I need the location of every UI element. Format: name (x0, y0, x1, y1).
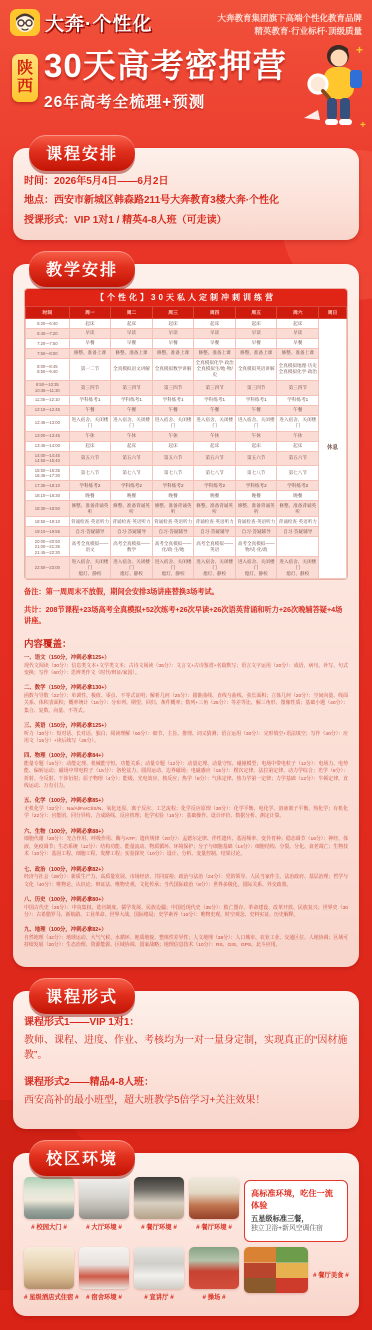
schedule-time-cell: 18:50—19:10 (26, 517, 70, 527)
campus-photo: # 宿舍环境 # (79, 1247, 129, 1301)
schedule-row: 7:20—7:50早餐早餐早餐早餐早餐早餐 (26, 338, 347, 348)
schedule-table-title: 【个性化】30天私人定制冲刺训练营 (25, 289, 347, 306)
header-slogans: 大奔教育集团旗下高端个性化教育品牌 精英教育·行业标杆·顶级质量 (217, 9, 362, 38)
schedule-row: 15:50—16:35 16:45—17:30第七八节第七八节第七八节第七八节第… (26, 466, 347, 481)
schedule-cell: 修整、准备上课 (194, 348, 236, 358)
schedule-cell: 进入宿舍、关闭楼门 熄灯、静校 (194, 557, 236, 579)
schedule-cell: 第五六节 (69, 451, 111, 466)
schedule-cell: 起床 (69, 319, 111, 329)
schedule-cell: 进入宿舍、关闭楼门 (111, 415, 153, 431)
schedule-cell: 进入宿舍、关闭楼门 (69, 415, 111, 431)
schedule-cell: 起床 (235, 319, 277, 329)
main-title: 30天高考密押营 (44, 48, 287, 84)
schedule-time-cell: 7:50—8:00 (26, 348, 70, 358)
subject-coverage-list: 一、语文（150分，冲刺必拿125+）现代文阅读（30分）：信息类文本+文学类文… (24, 654, 348, 950)
schedule-cell: 进入宿舍、关闭楼门 熄灯、静校 (69, 557, 111, 579)
schedule-column-header: 周一 (69, 307, 111, 319)
footer-spacer (0, 1316, 372, 1330)
schedule-time-cell: 12:45—13:00 (26, 415, 70, 431)
schedule-cell: 修整、准备背诵英听 (152, 501, 194, 517)
campus-photo: # 校园大门 # (24, 1177, 74, 1231)
schedule-cell: 起床 (277, 319, 319, 329)
schedule-cell: 第五六节 (152, 451, 194, 466)
photo-image (24, 1247, 74, 1289)
course-location: 地点：西安市新城区韩森路211号大奔教育3楼大奔·个性化 (24, 191, 348, 211)
promo-poster: 大奔·个性化 大奔教育集团旗下高端个性化教育品牌 精英教育·行业标杆·顶级质量 … (0, 0, 372, 1330)
schedule-cell: 第五六节 (194, 451, 236, 466)
hero-text: 30天高考密押营 26年高考全梳理+预测 (44, 48, 287, 112)
subject-title: 二、数学（150分，冲刺必拿130+） (24, 684, 348, 693)
schedule-time-cell: 9:50—10:35 10:45—11:30 (26, 380, 70, 395)
schedule-cell: 起床 (152, 441, 194, 451)
schedule-cell: 晚餐 (194, 491, 236, 501)
schedule-cell: 早读 (194, 328, 236, 338)
course-time: 时间：2026年5月4日——6月2日 (24, 172, 348, 192)
schedule-cell: 修整、准备背诵英听 (277, 501, 319, 517)
schedule-cell: 背诵检查·英语听力 (235, 517, 277, 527)
schedule-cell: 第七八节 (152, 466, 194, 481)
student-illustration: + + (294, 40, 370, 132)
subject-title: 三、英语（150分，冲刺必拿125+） (24, 722, 348, 731)
schedule-column-header: 时间 (26, 307, 70, 319)
schedule-cell: 高考全真模拟—— 英语 (194, 537, 236, 557)
info-line1: 高标准环境，吃住一流体验 (251, 1188, 341, 1213)
campus-photo-row-2: # 星级酒店式住宿 ## 宿舍环境 ## 宣讲厅 ## 操场 # # 餐厅美食 … (24, 1247, 348, 1301)
campus-photo (244, 1247, 308, 1293)
subject-detail: 细胞代谢（28分）：光合作用、呼吸作用、酶与ATP；遗传规律（20分）：孟德尔定… (24, 836, 348, 858)
schedule-cell: 学科练考1 (69, 395, 111, 405)
schedule-cell: 修整、准备背诵英听 (194, 501, 236, 517)
schedule-cell: 早读 (111, 328, 153, 338)
teaching-plan-card: 教学安排 【个性化】30天私人定制冲刺训练营 时间周一周二周三周四周五周六周日6… (13, 264, 359, 967)
schedule-time-cell: 13:00—13:45 (26, 431, 70, 441)
photo-canteen-food (244, 1247, 308, 1293)
photo-caption: # 餐厅环境 # (134, 1222, 184, 1231)
schedule-row: 17:35—18:10学科练考2学科练考2学科练考2学科练考2学科练考2学科练考… (26, 481, 347, 491)
photo-caption: # 宿舍环境 # (79, 1292, 129, 1301)
campus-environment-card: 校区环境 # 校园大门 ## 大厅环境 ## 餐厅环境 ## 餐厅环境 # 高标… (13, 1153, 359, 1316)
schedule-cell: 学科练考1 (235, 395, 277, 405)
subject-item: 七、政治（100分，冲刺必拿82+）经济与社会（28分）：新质生产力、高质量发展… (24, 866, 348, 889)
schedule-cell: 早餐 (194, 338, 236, 348)
schedule-cell: 早读 (235, 328, 277, 338)
schedule-cell: 起床 (111, 319, 153, 329)
schedule-row: 19:10—19:55自习·答疑辅导自习·答疑辅导自习·答疑辅导自习·答疑辅导自… (26, 527, 347, 537)
photo-image (79, 1247, 129, 1289)
subject-item: 五、化学（100分，冲刺必拿85+）无机化学（32分）：Na/Al/Fe/Cl/… (24, 797, 348, 820)
subject-detail: 函数与导数（22分）：单调性、极值、零点、不等式证明；解析几何（25分）：圆锥曲… (24, 693, 348, 715)
subject-item: 六、生物（100分，冲刺必拿88+）细胞代谢（28分）：光合作用、呼吸作用、酶与… (24, 828, 348, 859)
coverage-title: 内容覆盖： (24, 636, 348, 650)
schedule-cell: 第七八节 (194, 466, 236, 481)
schedule-cell: 早餐 (69, 338, 111, 348)
brand-name: 大奔·个性化 (45, 9, 152, 36)
schedule-cell: 自习·答疑辅导 (194, 527, 236, 537)
schedule-cell: 背诵检查·英语听力 (69, 517, 111, 527)
schedule-row: 12:45—13:00进入宿舍、关闭楼门进入宿舍、关闭楼门进入宿舍、关闭楼门进入… (26, 415, 347, 431)
schedule-cell: 自习·答疑辅导 (277, 527, 319, 537)
schedule-cell: 全真模拟英语讲解 (235, 358, 277, 380)
schedule-cell: 起床 (235, 441, 277, 451)
schedule-cell: 早餐 (277, 338, 319, 348)
schedule-time-cell: 14:00—14:45 14:50—15:40 (26, 451, 70, 466)
schedule-cell: 第五六节 (277, 451, 319, 466)
photo-image (189, 1247, 239, 1289)
schedule-time-cell: 22:50—23:00 (26, 557, 70, 579)
schedule-time-cell: 7:20—7:50 (26, 338, 70, 348)
schedule-cell: 学科练考2 (111, 481, 153, 491)
schedule-cell: 学科练考1 (277, 395, 319, 405)
schedule-cell: 午餐 (111, 405, 153, 415)
photo-caption: # 大厅环境 # (79, 1222, 129, 1231)
region-badge: 陕西 (12, 54, 38, 103)
schedule-cell: 午休 (111, 431, 153, 441)
header: 大奔·个性化 大奔教育集团旗下高端个性化教育品牌 精英教育·行业标杆·顶级质量 (0, 0, 372, 38)
schedule-cell: 自习·答疑辅导 (111, 527, 153, 537)
schedule-column-header: 周四 (194, 307, 236, 319)
schedule-row: 6:40—7:20早读早读早读早读早读早读 (26, 328, 347, 338)
course-card-label: 课程安排 (29, 135, 135, 171)
campus-card-body: # 校园大门 ## 大厅环境 ## 餐厅环境 ## 餐厅环境 # 高标准环境，吃… (13, 1153, 359, 1316)
schedule-cell: 修整、准备上课 (235, 348, 277, 358)
photo-caption: # 餐厅环境 # (189, 1222, 239, 1231)
subject-detail: 现代文阅读（30分）：信息类文本+文学类文本；古诗文阅读（35分）：文言文+古诗… (24, 663, 348, 678)
schedule-cell: 午餐 (152, 405, 194, 415)
schedule-cell: 全真模拟数学讲解 (152, 358, 194, 380)
slogan-line1: 大奔教育集团旗下高端个性化教育品牌 (217, 12, 362, 25)
teaching-card-body: 【个性化】30天私人定制冲刺训练营 时间周一周二周三周四周五周六周日6:20—6… (13, 264, 359, 967)
schedule-cell: 背诵检查·英语听力 (111, 517, 153, 527)
schedule-row: 18:10—18:30晚餐晚餐晚餐晚餐晚餐晚餐 (26, 491, 347, 501)
schedule-cell: 早读 (277, 328, 319, 338)
schedule-row: 6:20—6:40起床起床起床起床起床起床休息 (26, 319, 347, 329)
schedule-time-cell: 18:30—18:50 (26, 501, 70, 517)
schedule-row: 12:10—12:45午餐午餐午餐午餐午餐午餐 (26, 405, 347, 415)
subject-detail: 经济与社会（28分）：新质生产力、高质量发展、市场经济、共同富裕；政治与法治（2… (24, 874, 348, 889)
schedule-cell: 午休 (152, 431, 194, 441)
subtitle: 26年高考全梳理+预测 (44, 90, 287, 112)
format-card-label: 课程形式 (29, 978, 135, 1014)
format-item-title: 课程形式1——VIP 1对1： (24, 1015, 348, 1031)
subject-title: 四、物理（100分，冲刺必拿84+） (24, 752, 348, 761)
schedule-cell: 自习·答疑辅导 (235, 527, 277, 537)
brand-mascot-icon (10, 9, 40, 36)
schedule-cell: 修整、准备上课 (111, 348, 153, 358)
schedule-time-cell: 20:00—20:50 21:00—21:35 21:45—22:30 (26, 537, 70, 557)
schedule-cell: 晚餐 (235, 491, 277, 501)
schedule-cell: 午休 (277, 431, 319, 441)
subject-title: 五、化学（100分，冲刺必拿85+） (24, 797, 348, 806)
photo-image (134, 1177, 184, 1219)
schedule-cell: 全真模拟地理·历史 全真模拟化学·政治 (277, 358, 319, 380)
schedule-cell: 第五六节 (235, 451, 277, 466)
sunday-rest-cell: 休息 (319, 319, 347, 579)
schedule-cell: 高考全真模拟—— 物/史·化/政 (235, 537, 277, 557)
photo-image (134, 1247, 184, 1289)
campus-photo: # 大厅环境 # (79, 1177, 129, 1231)
schedule-cell: 背诵检查·英语听力 (194, 517, 236, 527)
schedule-header-row: 时间周一周二周三周四周五周六周日 (26, 307, 347, 319)
info-line3: 独立卫浴+新风空调住宿 (251, 1224, 341, 1234)
campus-photo: # 宣讲厅 # (134, 1247, 184, 1301)
schedule-row: 11:35—12:10学科练考1学科练考1学科练考1学科练考1学科练考1学科练考… (26, 395, 347, 405)
course-format: 授课形式：VIP 1对1 / 精英4-8人班（可走读） (24, 211, 348, 231)
subject-detail: 自然地理（42分）：地球运动、大气气候、水循环、地质地貌、整体性差异性；人文地理… (24, 935, 348, 950)
schedule-cell: 进入宿舍、关闭楼门 (152, 415, 194, 431)
teaching-card-label: 教学安排 (29, 251, 135, 287)
schedule-row: 22:50—23:00进入宿舍、关闭楼门 熄灯、静校进入宿舍、关闭楼门 熄灯、静… (26, 557, 347, 579)
schedule-cell: 第一二节 (69, 358, 111, 380)
brand-logo: 大奔·个性化 (10, 9, 152, 36)
subject-item: 三、英语（150分，冲刺必拿125+）听力（30分）：短对话、长对话、独白；阅读… (24, 722, 348, 745)
subject-title: 一、语文（150分，冲刺必拿125+） (24, 654, 348, 663)
schedule-cell: 全真模拟语文讲解 (111, 358, 153, 380)
schedule-cell: 午休 (235, 431, 277, 441)
schedule-time-cell: 15:50—16:35 16:45—17:30 (26, 466, 70, 481)
schedule-cell: 早读 (69, 328, 111, 338)
subject-title: 六、生物（100分，冲刺必拿88+） (24, 828, 348, 837)
subject-item: 八、历史（100分，冲刺必拿80+）中国古代史（25分）：中央集权、选官制度、儒… (24, 896, 348, 919)
photo-caption: # 操场 # (189, 1292, 239, 1301)
schedule-table: 时间周一周二周三周四周五周六周日6:20—6:40起床起床起床起床起床起床休息6… (25, 306, 347, 579)
schedule-cell: 修整、准备上课 (69, 348, 111, 358)
schedule-cell: 早餐 (111, 338, 153, 348)
schedule-cell: 自习·答疑辅导 (152, 527, 194, 537)
schedule-cell: 进入宿舍、关闭楼门 熄灯、静校 (111, 557, 153, 579)
schedule-row: 7:50—8:00修整、准备上课修整、准备上课修整、准备上课修整、准备上课修整、… (26, 348, 347, 358)
slogan-line2: 精英教育·行业标杆·顶级质量 (217, 25, 362, 38)
schedule-row: 13:45—14:00起床起床起床起床起床起床 (26, 441, 347, 451)
schedule-cell: 修整、准备背诵英听 (235, 501, 277, 517)
campus-photo: # 操场 # (189, 1247, 239, 1301)
schedule-cell: 修整、准备上课 (152, 348, 194, 358)
schedule-column-header: 周二 (111, 307, 153, 319)
schedule-cell: 修整、准备背诵英听 (111, 501, 153, 517)
schedule-cell: 学科练考1 (152, 395, 194, 405)
photo-image (79, 1177, 129, 1219)
schedule-cell: 第三四节 (69, 380, 111, 395)
schedule-cell: 起床 (277, 441, 319, 451)
subject-title: 八、历史（100分，冲刺必拿80+） (24, 896, 348, 905)
schedule-row: 20:00—20:50 21:00—21:35 21:45—22:30高考全真模… (26, 537, 347, 557)
schedule-time-cell: 8:00—8:45 8:50—9:40 (26, 358, 70, 380)
schedule-cell: 进入宿舍、关闭楼门 (277, 415, 319, 431)
schedule-row: 8:00—8:45 8:50—9:40第一二节全真模拟语文讲解全真模拟数学讲解全… (26, 358, 347, 380)
schedule-cell: 进入宿舍、关闭楼门 (235, 415, 277, 431)
schedule-cell: 高考全真模拟—— 语文 (69, 537, 111, 557)
schedule-cell: 学科练考2 (277, 481, 319, 491)
schedule-cell: 高考全真模拟—— 数学 (111, 537, 153, 557)
subject-item: 九、地理（100分，冲刺必拿82+）自然地理（42分）：地球运动、大气气候、水循… (24, 926, 348, 949)
schedule-cell: 午餐 (194, 405, 236, 415)
subject-detail: 听力（30分）：短对话、长对话、独白；阅读理解（50分）：细节、主旨、推理、词义… (24, 731, 348, 746)
schedule-cell: 背诵检查·英语听力 (277, 517, 319, 527)
schedule-cell: 学科练考2 (194, 481, 236, 491)
schedule-cell: 午餐 (277, 405, 319, 415)
schedule-cell: 晚餐 (69, 491, 111, 501)
schedule-time-cell: 18:10—18:30 (26, 491, 70, 501)
campus-photo: # 星级酒店式住宿 # (24, 1247, 74, 1301)
schedule-cell: 晚餐 (111, 491, 153, 501)
schedule-cell: 午休 (194, 431, 236, 441)
campus-card-label: 校区环境 (29, 1140, 135, 1176)
schedule-column-header: 周五 (235, 307, 277, 319)
schedule-cell: 起床 (194, 441, 236, 451)
schedule-row: 18:50—19:10背诵检查·英语听力背诵检查·英语听力背诵检查·英语听力背诵… (26, 517, 347, 527)
campus-photo: # 餐厅环境 # (134, 1177, 184, 1231)
schedule-cell: 自习·答疑辅导 (69, 527, 111, 537)
schedule-cell: 第七八节 (69, 466, 111, 481)
schedule-cell: 学科练考2 (152, 481, 194, 491)
hero-banner: 陕西 30天高考密押营 26年高考全梳理+预测 + + (0, 38, 372, 124)
campus-photo: # 餐厅环境 # (189, 1177, 239, 1231)
schedule-column-header: 周三 (152, 307, 194, 319)
schedule-time-cell: 6:20—6:40 (26, 319, 70, 329)
svg-text:+: + (356, 43, 363, 57)
subject-detail: 中国古代史（25分）：中央集权、选官制度、儒学发展、民族边疆；中国近现代史（35… (24, 905, 348, 920)
format-item-desc: 教师、课程、进度、作业、考核均为一对一量身定制，实现真正的“因材施教”。 (24, 1033, 348, 1064)
schedule-cell: 午休 (69, 431, 111, 441)
schedule-cell: 起床 (194, 319, 236, 329)
schedule-cell: 学科练考1 (111, 395, 153, 405)
schedule-row: 13:00—13:45午休午休午休午休午休午休 (26, 431, 347, 441)
schedule-cell: 晚餐 (152, 491, 194, 501)
schedule-cell: 起床 (111, 441, 153, 451)
schedule-cell: 学科练考1 (194, 395, 236, 405)
schedule-cell: 背诵检查·英语听力 (152, 517, 194, 527)
schedule-cell: 晚餐 (277, 491, 319, 501)
photo-image (189, 1177, 239, 1219)
schedule-cell: 进入宿舍、关闭楼门 熄灯、静校 (152, 557, 194, 579)
schedule-cell: 第三四节 (235, 380, 277, 395)
schedule-row: 9:50—10:35 10:45—11:30第三四节第三四节第三四节第三四节第三… (26, 380, 347, 395)
schedule-cell: 起床 (152, 319, 194, 329)
schedule-cell: 进入宿舍、关闭楼门 (194, 415, 236, 431)
schedule-cell: 进入宿舍、关闭楼门 熄灯、静校 (277, 557, 319, 579)
schedule-cell: 第三四节 (152, 380, 194, 395)
schedule-note: 备注：第一周周末不放假，期间会安排3场讲座替换3场考试。 (24, 586, 348, 598)
food-caption: # 餐厅美食 # (313, 1270, 349, 1279)
schedule-cell: 进入宿舍、关闭楼门 熄灯、静校 (235, 557, 277, 579)
schedule-time-cell: 17:35—18:10 (26, 481, 70, 491)
course-schedule-card: 课程安排 时间：2026年5月4日——6月2日 地点：西安市新城区韩森路211号… (13, 148, 359, 241)
schedule-cell: 第三四节 (111, 380, 153, 395)
schedule-total: 共计：208节课程+23场高考全真模拟+52次练考+26次早读+26次语英背诵和… (24, 604, 348, 627)
schedule-cell: 第三四节 (194, 380, 236, 395)
schedule-cell: 修整、准备背诵英听 (69, 501, 111, 517)
schedule-cell: 午餐 (235, 405, 277, 415)
photo-caption: # 星级酒店式住宿 # (24, 1292, 74, 1301)
schedule-time-cell: 6:40—7:20 (26, 328, 70, 338)
info-line2: 五星级标准三餐， (251, 1213, 341, 1225)
schedule-column-header: 周六 (277, 307, 319, 319)
course-format-card: 课程形式 课程形式1——VIP 1对1：教师、课程、进度、作业、考核均为一对一量… (13, 991, 359, 1130)
photo-caption: # 宣讲厅 # (134, 1292, 184, 1301)
campus-photo-row-1: # 校园大门 ## 大厅环境 ## 餐厅环境 ## 餐厅环境 # 高标准环境，吃… (24, 1177, 348, 1242)
schedule-cell: 早餐 (152, 338, 194, 348)
schedule-time-cell: 13:45—14:00 (26, 441, 70, 451)
subject-title: 七、政治（100分，冲刺必拿82+） (24, 866, 348, 875)
subject-item: 四、物理（100分，冲刺必拿84+）能量专题（15分）：动能定理、机械能守恒、功… (24, 752, 348, 790)
schedule-cell: 全真模拟化学·政治 全真模拟生/地·物/史 (194, 358, 236, 380)
schedule-row: 18:30—18:50修整、准备背诵英听修整、准备背诵英听修整、准备背诵英听修整… (26, 501, 347, 517)
schedule-time-cell: 11:35—12:10 (26, 395, 70, 405)
accommodation-info-box: 高标准环境，吃住一流体验 五星级标准三餐， 独立卫浴+新风空调住宿 (244, 1180, 348, 1242)
schedule-cell: 早读 (152, 328, 194, 338)
schedule-cell: 高考全真模拟—— 化/政·生/地 (152, 537, 194, 557)
schedule-cell (277, 537, 319, 557)
schedule-cell: 午餐 (69, 405, 111, 415)
schedule-cell: 学科练考2 (235, 481, 277, 491)
schedule-cell: 第七八节 (111, 466, 153, 481)
svg-text:+: + (360, 120, 366, 131)
photo-caption: # 校园大门 # (24, 1222, 74, 1231)
schedule-cell: 第五六节 (111, 451, 153, 466)
schedule-column-header: 周日 (319, 307, 347, 319)
subject-detail: 能量专题（15分）：动能定理、机械能守恒、功能关系；动量专题（12分）：动量定理… (24, 761, 348, 790)
schedule-cell: 早餐 (235, 338, 277, 348)
format-item-title: 课程形式2——精品4-8人班： (24, 1075, 348, 1091)
format-item-desc: 西安高补的最小班型，超大班教学5倍学习+关注效果！ (24, 1093, 348, 1109)
subject-item: 一、语文（150分，冲刺必拿125+）现代文阅读（30分）：信息类文本+文学类文… (24, 654, 348, 677)
schedule-cell: 第三四节 (277, 380, 319, 395)
schedule-row: 14:00—14:45 14:50—15:40第五六节第五六节第五六节第五六节第… (26, 451, 347, 466)
schedule-cell: 第七八节 (235, 466, 277, 481)
schedule-table-wrap: 【个性化】30天私人定制冲刺训练营 时间周一周二周三周四周五周六周日6:20—6… (24, 288, 348, 580)
schedule-cell: 修整、准备上课 (277, 348, 319, 358)
schedule-cell: 学科练考2 (69, 481, 111, 491)
schedule-time-cell: 19:10—19:55 (26, 527, 70, 537)
subject-title: 九、地理（100分，冲刺必拿82+） (24, 926, 348, 935)
subject-detail: 无机化学（32分）：Na/Al/Fe/Cl/S/N、氧化还原、离子反应、工艺流程… (24, 806, 348, 821)
subject-item: 二、数学（150分，冲刺必拿130+）函数与导数（22分）：单调性、极值、零点、… (24, 684, 348, 715)
photo-image (24, 1177, 74, 1219)
schedule-cell: 起床 (69, 441, 111, 451)
schedule-time-cell: 12:10—12:45 (26, 405, 70, 415)
schedule-cell: 第七八节 (277, 466, 319, 481)
